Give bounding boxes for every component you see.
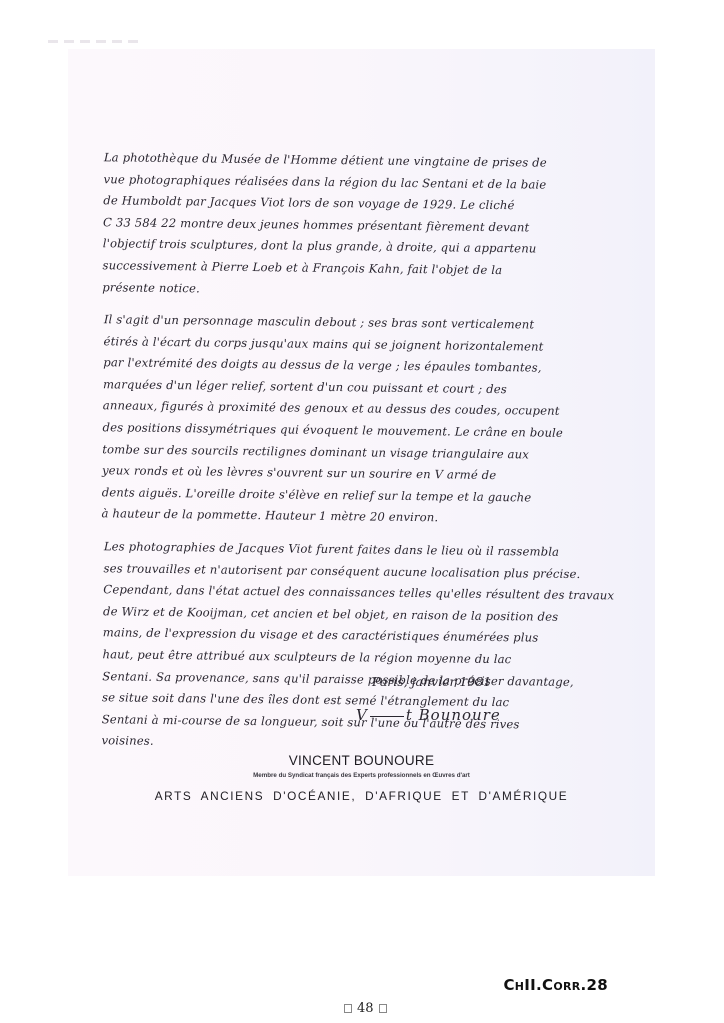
placeholder-glyph-icon: [379, 1004, 387, 1013]
page-number: 48: [339, 1001, 392, 1016]
reference-code: ChII.Corr.28: [503, 976, 608, 994]
letterhead-name: VINCENT BOUNOURE: [68, 753, 655, 768]
faint-scan-mark: [48, 40, 142, 43]
paragraph-provenance: Les photographies de Jacques Viot furent…: [83, 536, 556, 758]
letterhead-specialty: ARTS ANCIENS D'OCÉANIE, D'AFRIQUE ET D'A…: [68, 789, 655, 803]
placeholder-glyph-icon: [344, 1004, 352, 1013]
handwritten-body: La photothèque du Musée de l'Homme détie…: [86, 147, 556, 763]
letterhead-subtitle: Membre du Syndicat français des Experts …: [68, 772, 655, 779]
signature: Vt Bounoure: [356, 706, 501, 724]
signature-middle: t: [406, 706, 413, 724]
paragraph-photo-archive: La photothèque du Musée de l'Homme détie…: [84, 147, 556, 304]
signature-initial: V: [356, 706, 368, 724]
signature-stroke: [370, 716, 404, 717]
page-number-value: 48: [357, 1001, 374, 1016]
paragraph-description: Il s'agit d'un personnage masculin debou…: [83, 309, 556, 531]
place-and-date: Paris, janvier 1981: [372, 674, 491, 689]
signature-surname: Bounoure: [419, 706, 501, 724]
